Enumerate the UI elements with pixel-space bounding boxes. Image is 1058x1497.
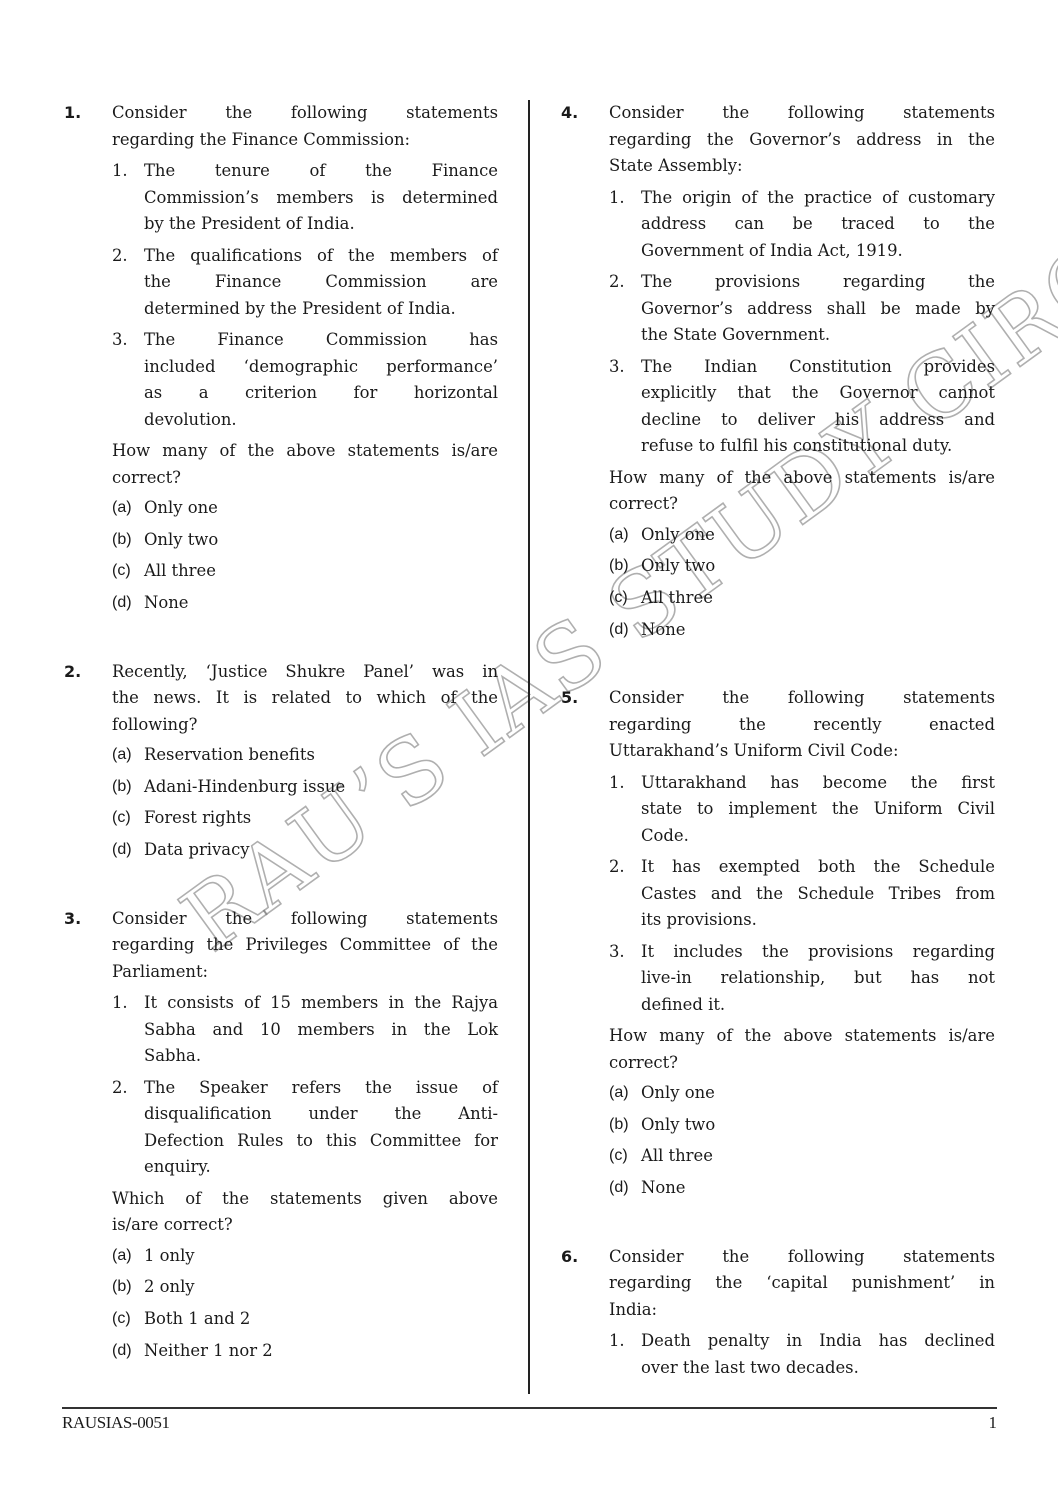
- text-line: The provisions regarding the: [641, 269, 995, 296]
- statement: 1.Death penalty in India has declinedove…: [609, 1328, 995, 1381]
- text-line: live-in relationship, but has not: [641, 965, 995, 992]
- text-line: correct?: [609, 1050, 995, 1077]
- text-line: The Speaker refers the issue of: [144, 1075, 498, 1102]
- text-line: Commission’s members is determined: [144, 185, 498, 212]
- text-line: The Finance Commission has: [144, 327, 498, 354]
- question-prompt: How many of the above statements is/arec…: [609, 1023, 995, 1076]
- option-text: Both 1 and 2: [144, 1309, 250, 1328]
- option-text: None: [641, 620, 685, 639]
- text-line: the Finance Commission are: [144, 269, 498, 296]
- option-list: (a)Only one(b)Only two(c)All three(d)Non…: [112, 495, 498, 617]
- text-line: Recently, ‘Justice Shukre Panel’ was in: [112, 659, 498, 686]
- option-text: Only one: [641, 525, 715, 544]
- option-list: (a)Only one(b)Only two(c)All three(d)Non…: [609, 522, 995, 644]
- question-6: 6.Consider the following statementsregar…: [609, 1244, 995, 1382]
- option-text: 2 only: [144, 1277, 195, 1296]
- text-line: disqualification under the Anti-: [144, 1101, 498, 1128]
- statement: 1.It consists of 15 members in the Rajya…: [112, 990, 498, 1070]
- text-line: Parliament:: [112, 959, 498, 986]
- text-line: decline to deliver his address and: [641, 407, 995, 434]
- option-text: All three: [641, 1146, 713, 1165]
- option-text: Only two: [144, 530, 218, 549]
- statement: 2.The qualifications of the members ofth…: [112, 243, 498, 323]
- option-a: (a)1 only: [112, 1243, 498, 1270]
- statement-number: 1.: [609, 1328, 625, 1355]
- text-line: Consider the following statements: [112, 100, 498, 127]
- question-2: 2.Recently, ‘Justice Shukre Panel’ was i…: [112, 659, 498, 864]
- statement: 1.The origin of the practice of customar…: [609, 185, 995, 265]
- text-line: following?: [112, 712, 498, 739]
- option-text: Only two: [641, 556, 715, 575]
- text-line: The qualifications of the members of: [144, 243, 498, 270]
- text-line: its provisions.: [641, 907, 995, 934]
- statement-number: 3.: [609, 354, 625, 381]
- footer-rule: [62, 1407, 997, 1409]
- text-line: correct?: [112, 465, 498, 492]
- page-number: 1: [975, 1413, 997, 1433]
- statement: 3.The Indian Constitution providesexplic…: [609, 354, 995, 460]
- option-text: Reservation benefits: [144, 745, 315, 764]
- text-line: correct?: [609, 491, 995, 518]
- option-label: (d): [609, 617, 629, 644]
- option-label: (a): [609, 522, 629, 549]
- statement-list: 1.The origin of the practice of customar…: [609, 185, 995, 460]
- text-line: enquiry.: [144, 1154, 498, 1181]
- text-line: Consider the following statements: [609, 1244, 995, 1271]
- option-text: Only one: [144, 498, 218, 517]
- question-stem: Consider the following statementsregardi…: [609, 100, 995, 180]
- option-text: Neither 1 nor 2: [144, 1341, 273, 1360]
- text-line: regarding the Governor’s address in the: [609, 127, 995, 154]
- text-line: over the last two decades.: [641, 1355, 995, 1382]
- text-line: Governor’s address shall be made by: [641, 296, 995, 323]
- question-prompt: Which of the statements given aboveis/ar…: [112, 1186, 498, 1239]
- statement: 1.The tenure of the FinanceCommission’s …: [112, 158, 498, 238]
- option-text: All three: [144, 561, 216, 580]
- text-line: Which of the statements given above: [112, 1186, 498, 1213]
- option-text: Data privacy: [144, 840, 250, 859]
- text-line: defined it.: [641, 992, 995, 1019]
- statement-list: 1.Death penalty in India has declinedove…: [609, 1328, 995, 1381]
- statement-list: 1.Uttarakhand has become the firststate …: [609, 770, 995, 1019]
- question-4: 4.Consider the following statementsregar…: [609, 100, 995, 643]
- text-line: by the President of India.: [144, 211, 498, 238]
- text-line: Uttarakhand has become the first: [641, 770, 995, 797]
- text-line: Castes and the Schedule Tribes from: [641, 881, 995, 908]
- option-label: (b): [112, 1274, 132, 1301]
- question-1: 1.Consider the following statementsregar…: [112, 100, 498, 617]
- option-b: (b)Only two: [609, 553, 995, 580]
- text-line: address can be traced to the: [641, 211, 995, 238]
- statement-number: 1.: [112, 158, 128, 185]
- column-divider: [528, 100, 530, 1394]
- option-label: (a): [609, 1080, 629, 1107]
- text-line: is/are correct?: [112, 1212, 498, 1239]
- question-prompt: How many of the above statements is/arec…: [112, 438, 498, 491]
- question-number: 1.: [64, 100, 81, 127]
- option-label: (b): [112, 774, 132, 801]
- text-line: determined by the President of India.: [144, 296, 498, 323]
- question-number: 2.: [64, 659, 81, 686]
- option-d: (d)None: [609, 617, 995, 644]
- statement: 3.It includes the provisions regardingli…: [609, 939, 995, 1019]
- statement-number: 1.: [609, 185, 625, 212]
- statement-number: 2.: [112, 243, 128, 270]
- text-line: Consider the following statements: [112, 906, 498, 933]
- text-line: as a criterion for horizontal: [144, 380, 498, 407]
- option-d: (d)None: [112, 590, 498, 617]
- option-d: (d)None: [609, 1175, 995, 1202]
- option-label: (c): [112, 1306, 131, 1333]
- option-list: (a)Only one(b)Only two(c)All three(d)Non…: [609, 1080, 995, 1202]
- statement-number: 1.: [112, 990, 128, 1017]
- option-b: (b)Only two: [112, 527, 498, 554]
- option-label: (b): [112, 527, 132, 554]
- option-text: Only two: [641, 1115, 715, 1134]
- statement: 2.It has exempted both the ScheduleCaste…: [609, 854, 995, 934]
- option-list: (a)1 only(b)2 only(c)Both 1 and 2(d)Neit…: [112, 1243, 498, 1365]
- text-line: State Assembly:: [609, 153, 995, 180]
- text-line: How many of the above statements is/are: [609, 465, 995, 492]
- right-column: 4.Consider the following statementsregar…: [609, 100, 995, 1386]
- option-text: Adani-Hindenburg issue: [144, 777, 345, 796]
- question-stem: Consider the following statementsregardi…: [112, 906, 498, 986]
- option-d: (d)Neither 1 nor 2: [112, 1338, 498, 1365]
- option-label: (a): [112, 742, 132, 769]
- option-c: (c)All three: [609, 585, 995, 612]
- text-line: regarding the Privileges Committee of th…: [112, 932, 498, 959]
- option-label: (c): [112, 558, 131, 585]
- option-label: (d): [112, 590, 132, 617]
- statement-number: 3.: [112, 327, 128, 354]
- option-text: All three: [641, 588, 713, 607]
- statement-number: 1.: [609, 770, 625, 797]
- option-label: (d): [609, 1175, 629, 1202]
- question-prompt: How many of the above statements is/arec…: [609, 465, 995, 518]
- text-line: How many of the above statements is/are: [609, 1023, 995, 1050]
- question-number: 4.: [561, 100, 578, 127]
- statement: 1.Uttarakhand has become the firststate …: [609, 770, 995, 850]
- text-line: explicitly that the Governor cannot: [641, 380, 995, 407]
- question-number: 5.: [561, 685, 578, 712]
- option-label: (c): [609, 585, 628, 612]
- text-line: the news. It is related to which of the: [112, 685, 498, 712]
- text-line: Sabha and 10 members in the Lok: [144, 1017, 498, 1044]
- option-a: (a)Reservation benefits: [112, 742, 498, 769]
- option-c: (c)All three: [112, 558, 498, 585]
- text-line: How many of the above statements is/are: [112, 438, 498, 465]
- option-label: (b): [609, 553, 629, 580]
- text-line: Sabha.: [144, 1043, 498, 1070]
- text-line: state to implement the Uniform Civil: [641, 796, 995, 823]
- question-number: 6.: [561, 1244, 578, 1271]
- option-text: 1 only: [144, 1246, 195, 1265]
- text-line: regarding the recently enacted: [609, 712, 995, 739]
- option-label: (c): [112, 805, 131, 832]
- option-a: (a)Only one: [609, 1080, 995, 1107]
- text-line: It has exempted both the Schedule: [641, 854, 995, 881]
- question-stem: Consider the following statementsregardi…: [112, 100, 498, 153]
- statement-list: 1.The tenure of the FinanceCommission’s …: [112, 158, 498, 433]
- statement-number: 3.: [609, 939, 625, 966]
- text-line: devolution.: [144, 407, 498, 434]
- statement: 2.The Speaker refers the issue ofdisqual…: [112, 1075, 498, 1181]
- text-line: It consists of 15 members in the Rajya: [144, 990, 498, 1017]
- option-c: (c)Forest rights: [112, 805, 498, 832]
- text-line: Government of India Act, 1919.: [641, 238, 995, 265]
- option-c: (c)Both 1 and 2: [112, 1306, 498, 1333]
- text-line: The tenure of the Finance: [144, 158, 498, 185]
- option-d: (d)Data privacy: [112, 837, 498, 864]
- question-5: 5.Consider the following statementsregar…: [609, 685, 995, 1202]
- option-text: None: [641, 1178, 685, 1197]
- text-line: Death penalty in India has declined: [641, 1328, 995, 1355]
- left-column: 1.Consider the following statementsregar…: [112, 100, 498, 1369]
- statement-number: 2.: [609, 854, 625, 881]
- question-stem: Recently, ‘Justice Shukre Panel’ was int…: [112, 659, 498, 739]
- text-line: Uttarakhand’s Uniform Civil Code:: [609, 738, 995, 765]
- text-line: The Indian Constitution provides: [641, 354, 995, 381]
- question-stem: Consider the following statementsregardi…: [609, 1244, 995, 1324]
- option-label: (a): [112, 1243, 132, 1270]
- option-text: Only one: [641, 1083, 715, 1102]
- option-label: (b): [609, 1112, 629, 1139]
- option-list: (a)Reservation benefits(b)Adani-Hindenbu…: [112, 742, 498, 864]
- text-line: The origin of the practice of customary: [641, 185, 995, 212]
- question-number: 3.: [64, 906, 81, 933]
- option-a: (a)Only one: [112, 495, 498, 522]
- option-b: (b)Only two: [609, 1112, 995, 1139]
- text-line: refuse to fulfil his constitutional duty…: [641, 433, 995, 460]
- statement: 2.The provisions regarding theGovernor’s…: [609, 269, 995, 349]
- statement-number: 2.: [609, 269, 625, 296]
- option-text: Forest rights: [144, 808, 251, 827]
- text-line: Consider the following statements: [609, 100, 995, 127]
- option-text: None: [144, 593, 188, 612]
- text-line: regarding the ‘capital punishment’ in: [609, 1270, 995, 1297]
- text-line: India:: [609, 1297, 995, 1324]
- text-line: included ‘demographic performance’: [144, 354, 498, 381]
- statement: 3.The Finance Commission hasincluded ‘de…: [112, 327, 498, 433]
- option-c: (c)All three: [609, 1143, 995, 1170]
- option-label: (c): [609, 1143, 628, 1170]
- text-line: regarding the Finance Commission:: [112, 127, 498, 154]
- option-label: (a): [112, 495, 132, 522]
- text-line: the State Government.: [641, 322, 995, 349]
- question-3: 3.Consider the following statementsregar…: [112, 906, 498, 1365]
- option-b: (b)Adani-Hindenburg issue: [112, 774, 498, 801]
- option-label: (d): [112, 1338, 132, 1365]
- text-line: Consider the following statements: [609, 685, 995, 712]
- statement-number: 2.: [112, 1075, 128, 1102]
- text-line: It includes the provisions regarding: [641, 939, 995, 966]
- text-line: Code.: [641, 823, 995, 850]
- text-line: Defection Rules to this Committee for: [144, 1128, 498, 1155]
- statement-list: 1.It consists of 15 members in the Rajya…: [112, 990, 498, 1181]
- option-b: (b)2 only: [112, 1274, 498, 1301]
- question-stem: Consider the following statementsregardi…: [609, 685, 995, 765]
- document-code: RAUSIAS-0051: [62, 1413, 170, 1433]
- option-a: (a)Only one: [609, 522, 995, 549]
- option-label: (d): [112, 837, 132, 864]
